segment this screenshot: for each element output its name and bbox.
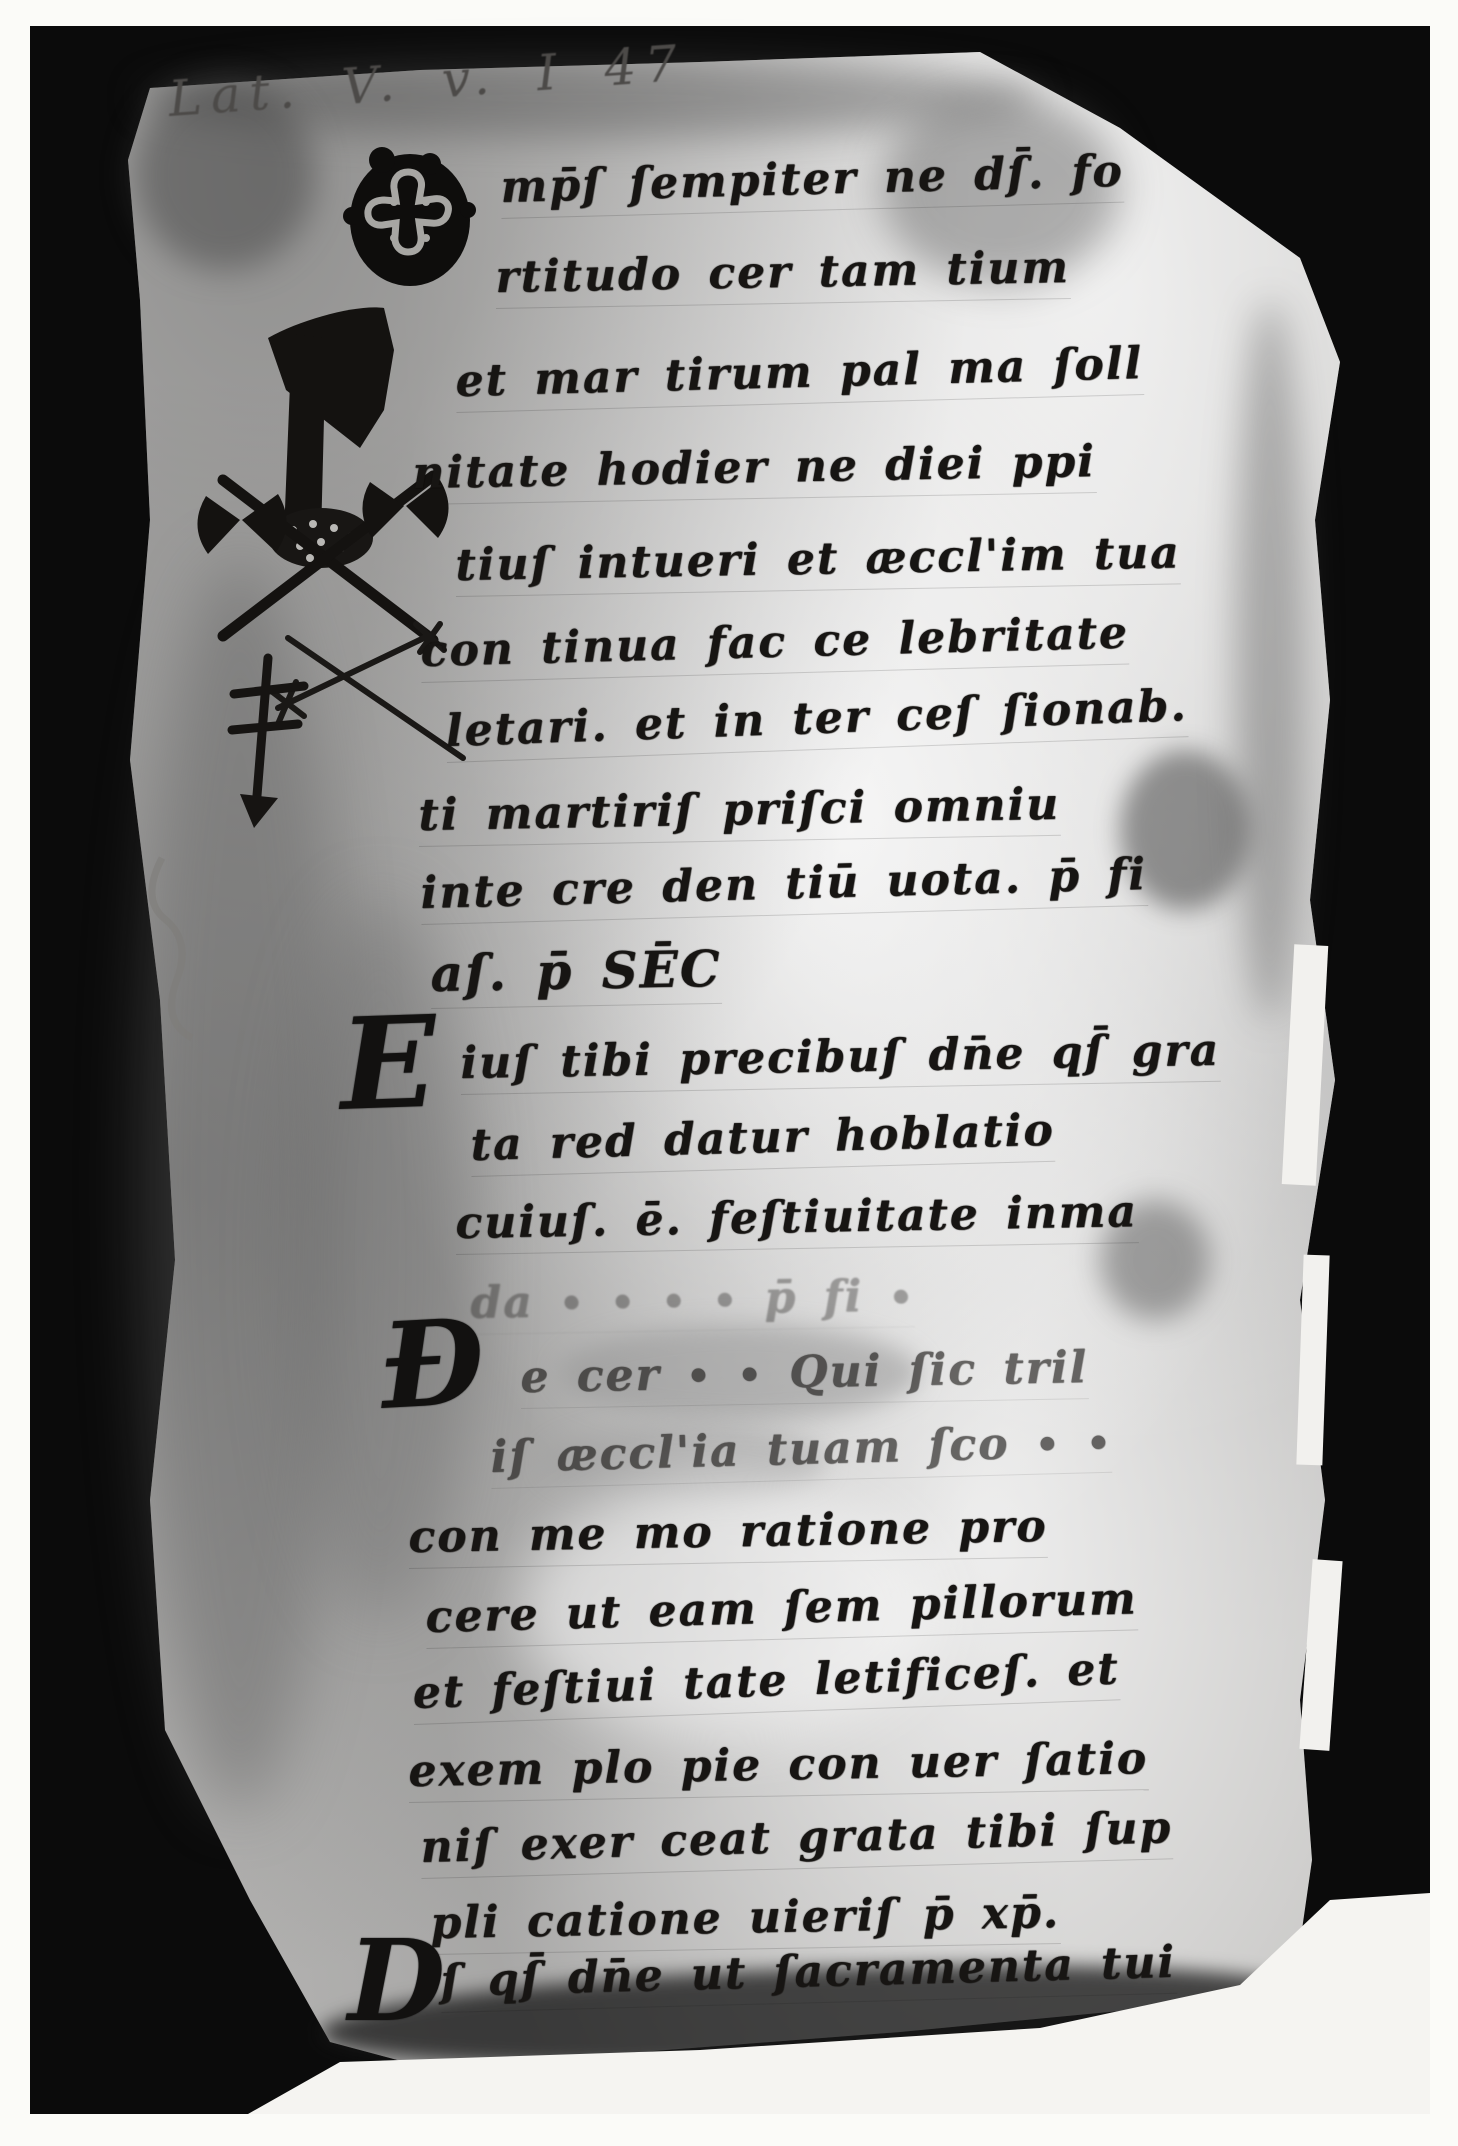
text-line: nitate hodier ne diei ppi (412, 436, 1096, 505)
cross-staff-icon (232, 658, 304, 828)
crossed-axes-icon (223, 476, 433, 640)
text-line: e cer ∙ ∙ Qui ſic tril (520, 1342, 1089, 1409)
faint-flourish (152, 858, 192, 1038)
decorated-initial-o: O (342, 146, 478, 292)
text-line: rtitudo cer tam tium (495, 242, 1070, 309)
photograph-canvas: Lat. V. v. I 47 (0, 0, 1458, 2146)
text-line: con me mo ratione pro (408, 1501, 1048, 1569)
text-line: ti martiriſ priſci omniu (418, 779, 1061, 847)
initial-e: E (338, 999, 438, 1128)
text-line: da ∙ ∙ ∙ ∙ p̄ fi ∙ (470, 1270, 915, 1335)
text-line: cuiuſ. ē. feſtiuitate inma (455, 1186, 1138, 1255)
text-line: aſ. p̄ SĒC (430, 939, 722, 1009)
